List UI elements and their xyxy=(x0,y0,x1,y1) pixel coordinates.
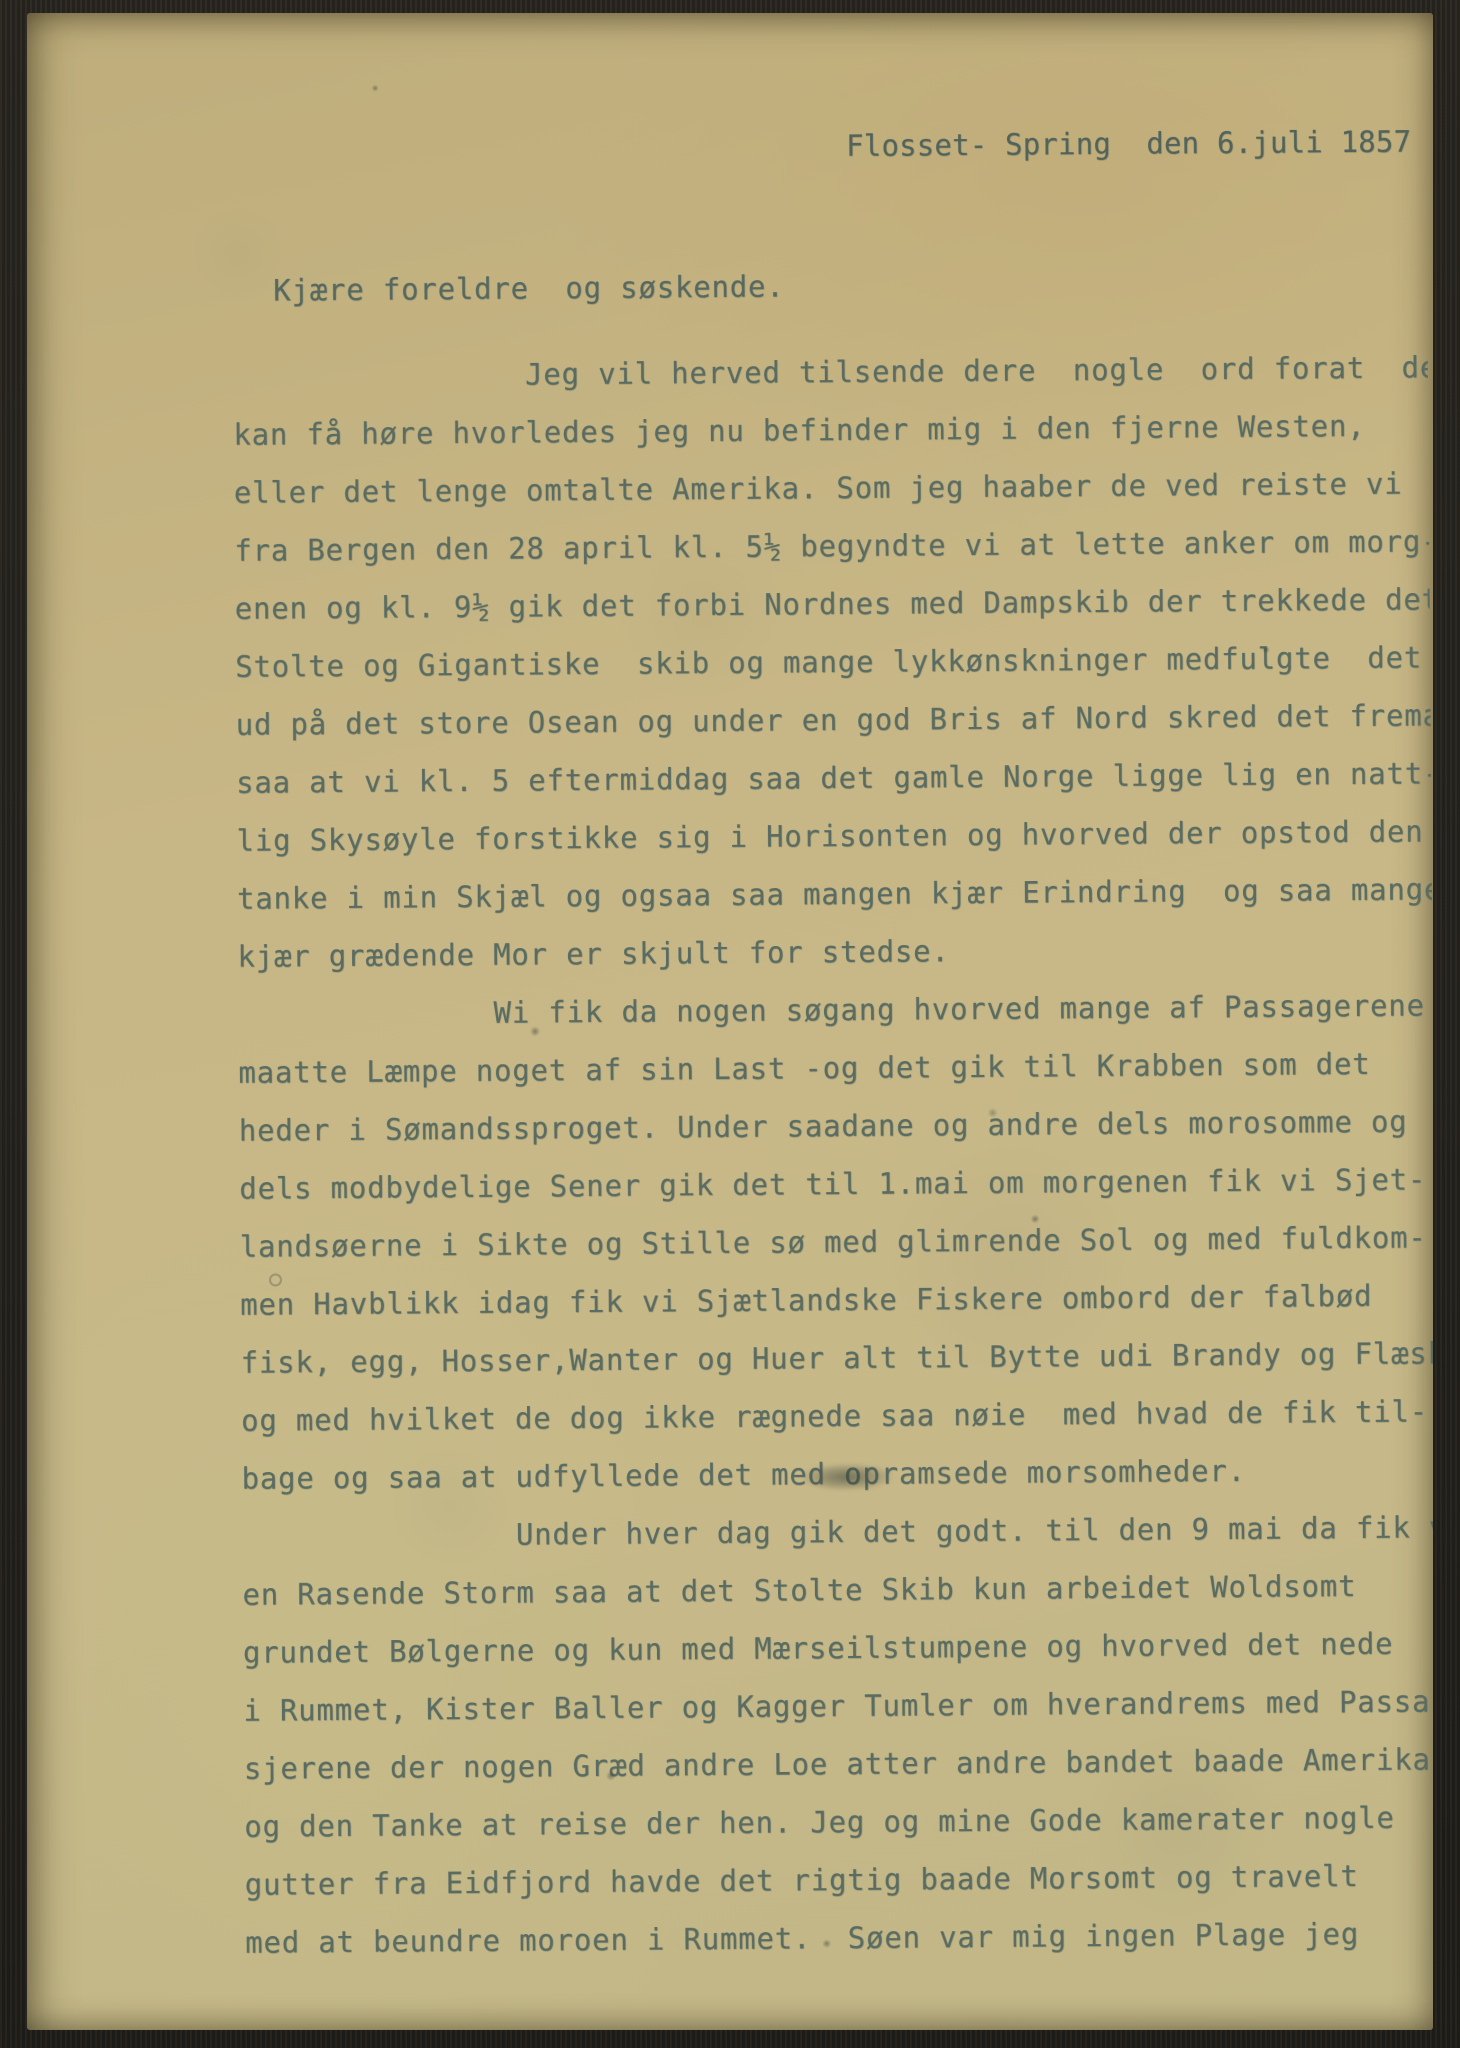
letter-line: tanke i min Skjæl og ogsaa saa mangen kj… xyxy=(237,860,1432,927)
letter-paper: Flosset- Spring den 6.juli 1857 Kjære fo… xyxy=(27,13,1433,2030)
letter-line: eller det lenge omtalte Amerika. Som jeg… xyxy=(234,454,1429,521)
letter-line: Under hver dag gik det godt. til den 9 m… xyxy=(242,1498,1433,1565)
letter-line: ud på det store Osean og under en god Br… xyxy=(235,686,1430,753)
letter-line: grundet Bølgerne og kun med Mærseilstump… xyxy=(243,1614,1433,1681)
paper-speck xyxy=(372,85,379,92)
letter-line: kjær grædende Mor er skjult for stedse. xyxy=(237,918,1432,985)
letter-line: men Havblikk idag fik vi Sjætlandske Fis… xyxy=(240,1266,1433,1333)
letter-line: med at beundre moroen i Rummet. Søen var… xyxy=(245,1904,1433,1971)
letter-line: i Rummet, Kister Baller og Kagger Tumler… xyxy=(243,1672,1433,1739)
letter-line: Stolte og Gigantiske skib og mange lykkø… xyxy=(235,628,1430,695)
letter-line: sjerene der nogen Græd andre Loe atter a… xyxy=(244,1730,1433,1797)
letter-line: kan få høre hvorledes jeg nu befinder mi… xyxy=(233,396,1428,463)
letter-line: og med hvilket de dog ikke rægnede saa n… xyxy=(241,1382,1433,1449)
letter-line: lig Skysøyle forstikke sig i Horisonten … xyxy=(236,802,1431,869)
letter-body: Jeg vil herved tilsende dere nogle ord f… xyxy=(233,338,1433,1971)
letter-line: enen og kl. 9½ gik det forbi Nordnes med… xyxy=(235,570,1430,637)
letter-line: maatte Læmpe noget af sin Last -og det g… xyxy=(238,1034,1433,1101)
letter-content: Flosset- Spring den 6.juli 1857 Kjære fo… xyxy=(27,13,1433,2030)
letter-line: dels modbydelige Sener gik det til 1.mai… xyxy=(239,1150,1433,1217)
letter-dateline: Flosset- Spring den 6.juli 1857 xyxy=(846,125,1411,163)
letter-line: fra Bergen den 28 april kl. 5½ begyndte … xyxy=(234,512,1429,579)
letter-line: heder i Sømandssproget. Under saadane og… xyxy=(239,1092,1433,1159)
letter-line: gutter fra Eidfjord havde det rigtig baa… xyxy=(245,1846,1433,1913)
letter-line: Wi fik da nogen søgang hvorved mange af … xyxy=(238,976,1433,1043)
letter-line: en Rasende Storm saa at det Stolte Skib … xyxy=(242,1556,1433,1623)
letter-line: landsøerne i Sikte og Stille sø med glim… xyxy=(240,1208,1433,1275)
letter-line: og den Tanke at reise der hen. Jeg og mi… xyxy=(244,1788,1433,1855)
letter-line: bage og saa at udfyllede det med opramse… xyxy=(241,1440,1433,1507)
letter-line: Jeg vil herved tilsende dere nogle ord f… xyxy=(233,338,1428,405)
letter-line: fisk, egg, Hosser,Wanter og Huer alt til… xyxy=(240,1324,1433,1391)
letter-salutation: Kjære foreldre og søskende. xyxy=(273,269,785,307)
letter-line: saa at vi kl. 5 eftermiddag saa det gaml… xyxy=(236,744,1431,811)
